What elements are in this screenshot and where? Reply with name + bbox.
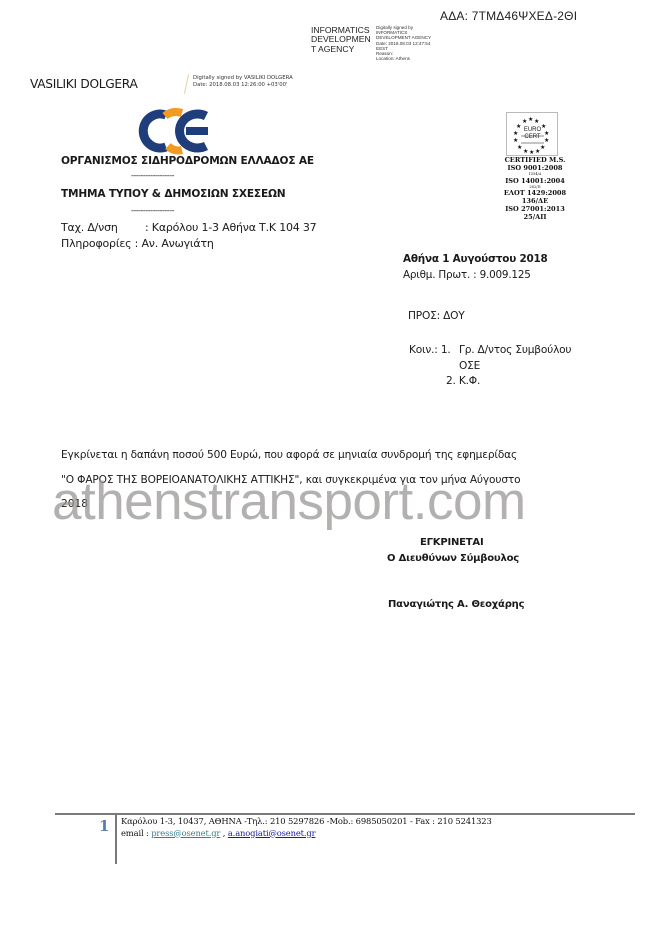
certification-line: 25/ΑΠ bbox=[480, 213, 590, 221]
watermark: athenstransport.com bbox=[52, 472, 526, 532]
eurocert-badge-icon: ★★★ ★★ ★★ ★★ ★★ ★★★ EURO CERT bbox=[506, 112, 558, 156]
cc-number: 2. bbox=[446, 375, 456, 387]
signature-detail: Date: 2018.08.03 12:26:00 +03'00' bbox=[193, 82, 293, 89]
signature-detail: Location: Athens bbox=[376, 56, 431, 61]
svg-text:★: ★ bbox=[522, 118, 527, 125]
contact-block: Ταχ. Δ/νση: Καρόλου 1-3 Αθήνα Τ.Κ 104 37… bbox=[61, 220, 316, 252]
approver-title: Ο Διευθύνων Σύμβουλος bbox=[387, 553, 519, 564]
body-line: Εγκρίνεται η δαπάνη ποσού 500 Ευρώ, που … bbox=[61, 449, 517, 461]
svg-text:★: ★ bbox=[529, 149, 534, 155]
recipient: ΠΡΟΣ: ΔΟΥ bbox=[408, 310, 465, 322]
certification-line: ISO 27001:2013 bbox=[480, 205, 590, 213]
svg-text:★: ★ bbox=[513, 137, 518, 144]
department-name: ΤΜΗΜΑ ΤΥΠΟΥ & ΔΗΜΟΣΙΩΝ ΣΧΕΣΕΩΝ bbox=[61, 188, 285, 200]
svg-text:★: ★ bbox=[534, 118, 539, 125]
informatics-signature-details: Digitally signed by INFORMATICS DEVELOPM… bbox=[376, 25, 431, 61]
certification-line: CERTIFIED M.S. bbox=[480, 156, 590, 164]
signature-divider bbox=[184, 74, 189, 94]
badge-top-text: EURO bbox=[521, 127, 544, 134]
certification-line: ΕΛΟΤ 1429:2008 bbox=[480, 189, 590, 197]
svg-text:★: ★ bbox=[523, 148, 528, 155]
separator: ------------------ bbox=[131, 171, 174, 180]
email-link-press[interactable]: press@osenet.gr bbox=[151, 828, 220, 838]
email-separator: , bbox=[220, 828, 228, 838]
cc-text-continued: ΟΣΕ bbox=[409, 359, 571, 375]
organization-name: ΟΡΓΑΝΙΣΜΟΣ ΣΙΔΗΡΟΔΡΟΜΩΝ ΕΛΛΑΔΟΣ ΑΕ bbox=[61, 155, 314, 167]
svg-text:★: ★ bbox=[544, 137, 549, 144]
address-label: Ταχ. Δ/νση bbox=[61, 220, 145, 236]
signer-name: VASILIKI DOLGERA bbox=[30, 77, 138, 91]
certification-line: ISO 9001:2008 bbox=[480, 164, 590, 172]
info-value: : Αν. Ανωγιάτη bbox=[135, 237, 214, 250]
cc-text: Κ.Φ. bbox=[459, 375, 480, 387]
approval-heading: ΕΓΚΡΙΝΕΤΑΙ bbox=[420, 537, 483, 548]
page-number: 1 bbox=[99, 817, 109, 835]
approver-name: Παναγιώτης Α. Θεοχάρης bbox=[388, 599, 524, 610]
footer-address: Καρόλου 1-3, 10437, ΑΘΗΝΑ -Τηλ.: 210 529… bbox=[121, 816, 492, 828]
info-row: Πληροφορίες : Αν. Ανωγιάτη bbox=[61, 236, 316, 252]
svg-text:★: ★ bbox=[535, 148, 540, 155]
badge-bottom-text: CERT bbox=[521, 134, 544, 141]
svg-text:★: ★ bbox=[528, 116, 533, 123]
signature-detail: DEVELOPMENT AGENCY bbox=[376, 35, 431, 40]
ose-logo-icon bbox=[136, 106, 214, 156]
certification-list: CERTIFIED M.S.ISO 9001:20081554/ΔISO 140… bbox=[480, 156, 590, 221]
svg-text:★: ★ bbox=[513, 130, 518, 137]
protocol-number: Αριθμ. Πρωτ. : 9.009.125 bbox=[403, 269, 531, 281]
address-value: : Καρόλου 1-3 Αθήνα Τ.Κ 104 37 bbox=[145, 221, 316, 234]
footer-contact: Καρόλου 1-3, 10437, ΑΘΗΝΑ -Τηλ.: 210 529… bbox=[121, 816, 492, 839]
separator: ------------------ bbox=[131, 206, 174, 215]
email-link-anogiati[interactable]: a.anogiati@osenet.gr bbox=[228, 828, 316, 838]
certification-line: ISO 14001:2004 bbox=[480, 177, 590, 185]
signer-signature-details: Digitally signed by VASILIKI DOLGERA Dat… bbox=[193, 75, 293, 89]
cc-text: Γρ. Δ/ντος Συμβούλου bbox=[459, 344, 571, 356]
footer-divider bbox=[55, 813, 635, 815]
info-label: Πληροφορίες bbox=[61, 237, 131, 250]
cc-number: 1. bbox=[441, 344, 451, 356]
certification-line: 136/ΔΕ bbox=[480, 197, 590, 205]
footer-email-row: email : press@osenet.gr , a.anogiati@ose… bbox=[121, 828, 492, 840]
signature-name-line: T AGENCY bbox=[311, 45, 371, 54]
cc-item: 2. Κ.Φ. bbox=[409, 374, 571, 390]
cc-item: Κοιν.: 1.Γρ. Δ/ντος Συμβούλου bbox=[409, 343, 571, 359]
email-label: email : bbox=[121, 828, 151, 838]
cc-list: Κοιν.: 1.Γρ. Δ/ντος Συμβούλου ΟΣΕ 2. Κ.Φ… bbox=[409, 343, 571, 390]
address-row: Ταχ. Δ/νση: Καρόλου 1-3 Αθήνα Τ.Κ 104 37 bbox=[61, 220, 316, 236]
letter-date: Αθήνα 1 Αυγούστου 2018 bbox=[403, 253, 548, 265]
signature-detail: Digitally signed by VASILIKI DOLGERA bbox=[193, 75, 293, 82]
svg-text:★: ★ bbox=[517, 144, 522, 151]
badge-text: EURO CERT bbox=[521, 127, 544, 141]
informatics-signature-name: INFORMATICS DEVELOPMEN T AGENCY bbox=[311, 26, 371, 54]
svg-text:★: ★ bbox=[540, 144, 545, 151]
svg-text:★: ★ bbox=[544, 130, 549, 137]
cc-label: Κοιν.: bbox=[409, 344, 438, 356]
footer-vertical-divider bbox=[115, 814, 117, 864]
ada-code: ΑΔΑ: 7ΤΜΔ46ΨΧΕΔ-2ΘΙ bbox=[440, 9, 577, 23]
